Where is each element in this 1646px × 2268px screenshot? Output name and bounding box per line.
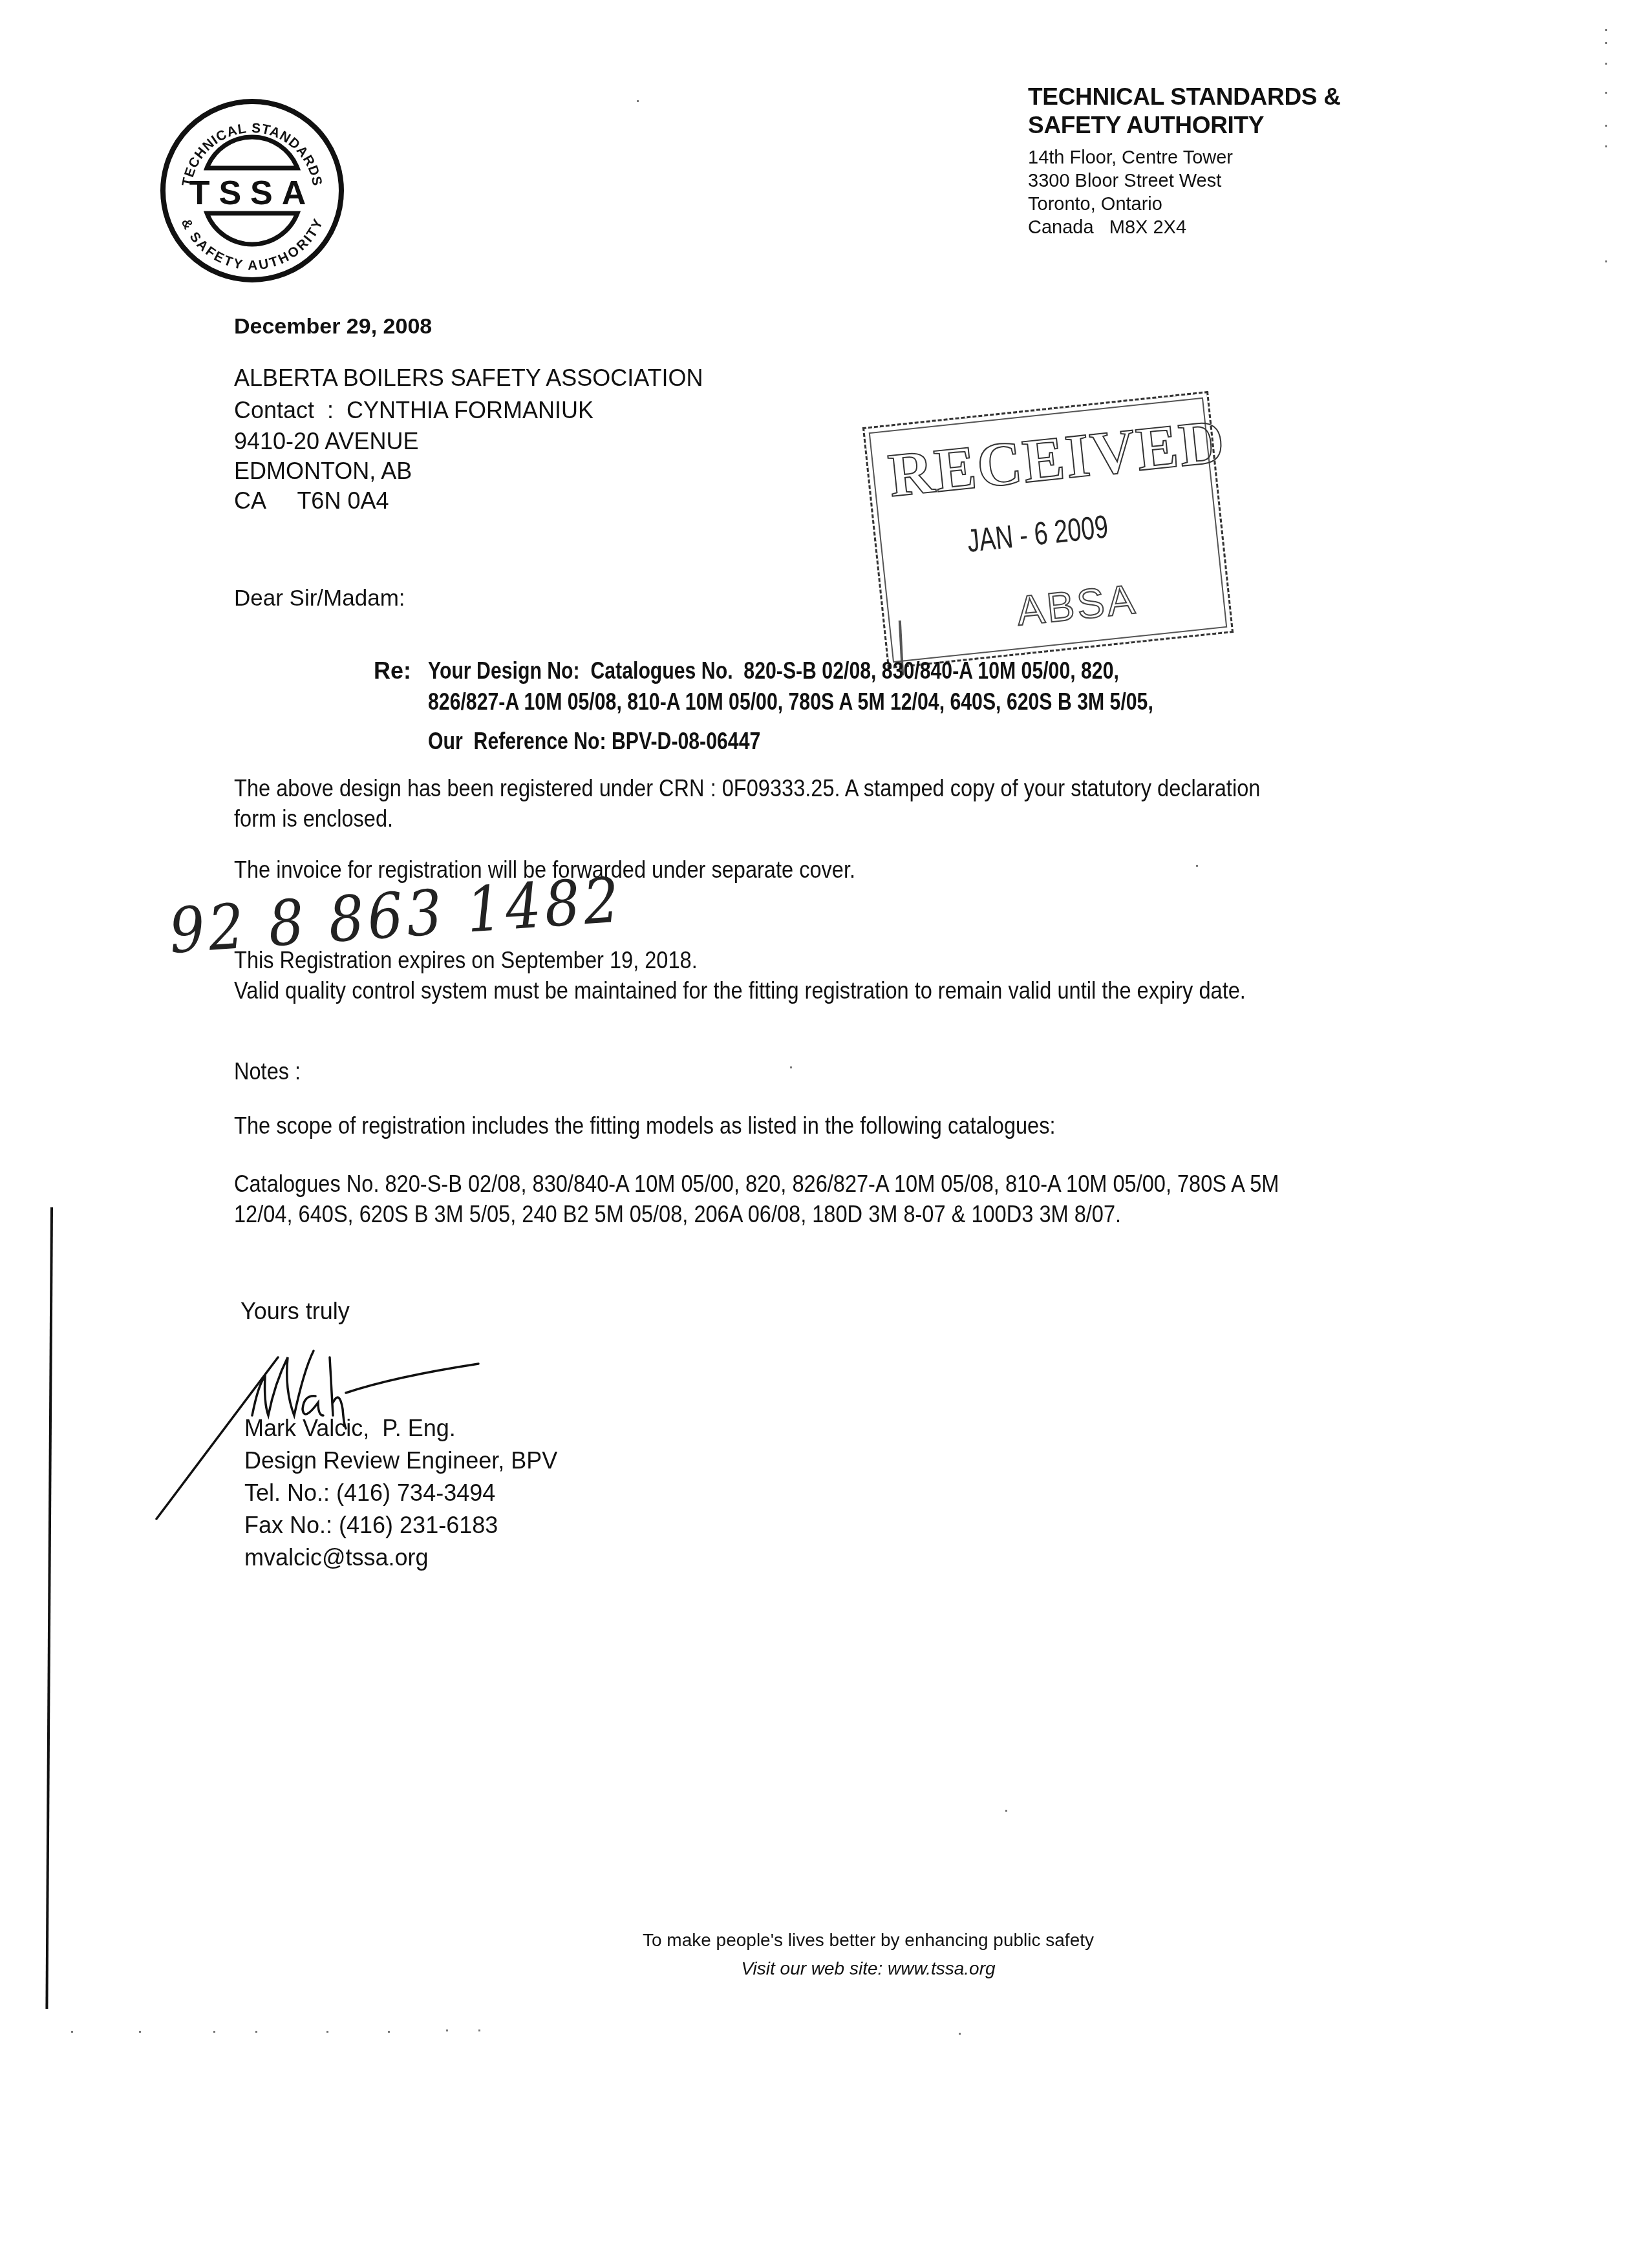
letterhead-org-name: TECHNICAL STANDARDS & SAFETY AUTHORITY [1028,83,1341,140]
catalogues-line: 12/04, 640S, 620S B 3M 5/05, 240 B2 5M 0… [234,1199,1349,1229]
salutation: Dear Sir/Madam: [234,586,405,611]
recipient-city: EDMONTON, AB [234,456,703,486]
stamp-title: RECEIVED [885,405,1229,511]
our-reference: Our Reference No: BPV-D-08-06447 [428,728,760,755]
scope-paragraph: The scope of registration includes the f… [234,1110,1349,1141]
registration-line: The above design has been registered und… [234,773,1349,803]
re-label: Re: [374,655,411,686]
notes-label: Notes : [234,1056,1349,1086]
re-line: 826/827-A 10M 05/08, 810-A 10M 05/00, 78… [428,686,1275,717]
expiry-line: This Registration expires on September 1… [234,945,1349,975]
recipient-country-postal: CA T6N 0A4 [234,486,703,516]
recipient-organization: ALBERTA BOILERS SAFETY ASSOCIATION [234,362,703,394]
signer-title: Design Review Engineer, BPV [244,1445,557,1477]
address-line: 3300 Bloor Street West [1028,169,1233,193]
scan-margin-line [45,1207,53,2009]
footer-website[interactable]: Visit our web site: www.tssa.org [0,1958,1646,1979]
stamp-organization: ABSA [1014,575,1139,635]
signer-fax: Fax No.: (416) 231-6183 [244,1509,557,1542]
letter-date: December 29, 2008 [234,314,432,339]
org-name-line1: TECHNICAL STANDARDS & [1028,83,1341,111]
signer-name: Mark Valcic, P. Eng. [244,1412,557,1445]
address-line: Canada M8X 2X4 [1028,216,1233,239]
letterhead-address: 14th Floor, Centre Tower 3300 Bloor Stre… [1028,146,1233,239]
expiry-paragraph: This Registration expires on September 1… [234,945,1349,1006]
registration-line: form is enclosed. [234,803,1349,834]
signer-tel: Tel. No.: (416) 734-3494 [244,1477,557,1509]
recipient-contact: Contact : CYNTHIA FORMANIUK [234,394,703,427]
logo-abbreviation: TSSA [189,175,315,212]
signer-email[interactable]: mvalcic@tssa.org [244,1542,557,1574]
footer-motto: To make people's lives better by enhanci… [0,1930,1646,1951]
stamp-date: JAN - 6 2009 [965,507,1110,560]
recipient-street: 9410-20 AVENUE [234,427,703,456]
org-name-line2: SAFETY AUTHORITY [1028,111,1341,140]
catalogues-paragraph: Catalogues No. 820-S-B 02/08, 830/840-A … [234,1169,1349,1229]
signer-block: Mark Valcic, P. Eng. Design Review Engin… [244,1412,557,1574]
address-line: 14th Floor, Centre Tower [1028,146,1233,169]
tssa-seal-icon: TSSA TECHNICAL STANDARDS & SAFETY AUTHOR… [158,97,346,284]
received-stamp: RECEIVED JAN - 6 2009 ABSA [862,391,1234,669]
registration-paragraph: The above design has been registered und… [234,773,1349,834]
re-line: Your Design No: Catalogues No. 820-S-B 0… [428,655,1275,686]
address-line: Toronto, Ontario [1028,193,1233,216]
recipient-block: ALBERTA BOILERS SAFETY ASSOCIATION Conta… [234,362,703,516]
catalogues-line: Catalogues No. 820-S-B 02/08, 830/840-A … [234,1169,1349,1199]
validity-line: Valid quality control system must be mai… [234,975,1349,1006]
